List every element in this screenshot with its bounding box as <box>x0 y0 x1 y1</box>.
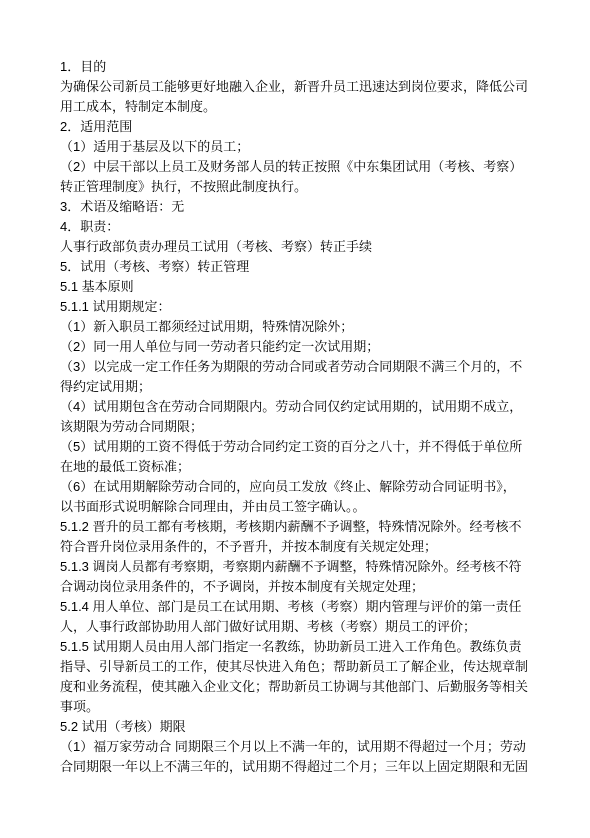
text-line: 5.1.2 晋升的员工都有考核期，考核期内薪酬不予调整，特殊情况除外。经考核不 <box>60 517 534 537</box>
text-line: 5.1.1 试用期规定： <box>60 297 534 317</box>
text-line: （4）试用期包含在劳动合同期限内。劳动合同仅约定试用期的，试用期不成立， <box>60 397 534 417</box>
text-line: 5．试用（考核、考察）转正管理 <box>60 257 534 277</box>
text-line: 为确保公司新员工能够更好地融入企业，新晋升员工迅速达到岗位要求，降低公司 <box>60 77 534 97</box>
text-line: 用工成本，特制定本制度。 <box>60 97 534 117</box>
text-line: （5）试用期的工资不得低于劳动合同约定工资的百分之八十，并不得低于单位所 <box>60 437 534 457</box>
text-line: （1）新入职员工都须经过试用期，特殊情况除外； <box>60 317 534 337</box>
text-line: 在地的最低工资标准； <box>60 457 534 477</box>
text-line: 2．适用范围 <box>60 117 534 137</box>
text-line: 合同期限一年以上不满三年的，试用期不得超过二个月；三年以上固定期限和无固 <box>60 757 534 777</box>
text-line: 得约定试用期； <box>60 377 534 397</box>
text-line: 4．职责： <box>60 217 534 237</box>
text-line: （1）福万家劳动合 同期限三个月以上不满一年的，试用期不得超过一个月；劳动 <box>60 737 534 757</box>
text-line: 人，人事行政部协助用人部门做好试用期、考核（考察）期员工的评价； <box>60 617 534 637</box>
text-line: （1）适用于基层及以下的员工； <box>60 137 534 157</box>
text-line: （2）同一用人单位与同一劳动者只能约定一次试用期； <box>60 337 534 357</box>
text-line: 合调动岗位录用条件的，不予调岗，并按本制度有关规定处理； <box>60 577 534 597</box>
text-line: （6）在试用期解除劳动合同的，应向员工发放《终止、解除劳动合同证明书》， <box>60 477 534 497</box>
text-line: 以书面形式说明解除合同理由，并由员工签字确认。。 <box>60 497 534 517</box>
document-content: 1．目的为确保公司新员工能够更好地融入企业，新晋升员工迅速达到岗位要求，降低公司… <box>60 57 534 777</box>
text-line: 5.1.3 调岗人员都有考察期，考察期内薪酬不予调整，特殊情况除外。经考核不符 <box>60 557 534 577</box>
text-line: 度和业务流程，使其融入企业文化；帮助新员工协调与其他部门、后勤服务等相关 <box>60 677 534 697</box>
text-line: 人事行政部负责办理员工试用（考核、考察）转正手续 <box>60 237 534 257</box>
text-line: 5.2 试用（考核）期限 <box>60 717 534 737</box>
text-line: 符合晋升岗位录用条件的，不予晋升，并按本制度有关规定处理； <box>60 537 534 557</box>
text-line: 指导、引导新员工的工作，使其尽快进入角色；帮助新员工了解企业，传达规章制 <box>60 657 534 677</box>
text-line: 转正管理制度》执行，不按照此制度执行。 <box>60 177 534 197</box>
text-line: （2）中层干部以上员工及财务部人员的转正按照《中东集团试用（考核、考察） <box>60 157 534 177</box>
text-line: 3．术语及缩略语：无 <box>60 197 534 217</box>
text-line: 1．目的 <box>60 57 534 77</box>
text-line: （3）以完成一定工作任务为期限的劳动合同或者劳动合同期限不满三个月的，不 <box>60 357 534 377</box>
text-line: 5.1.4 用人单位、部门是员工在试用期、考核（考察）期内管理与评价的第一责任 <box>60 597 534 617</box>
text-line: 5.1 基本原则 <box>60 277 534 297</box>
text-line: 该期限为劳动合同期限； <box>60 417 534 437</box>
text-line: 5.1.5 试用期人员由用人部门指定一名教练，协助新员工进入工作角色。教练负责 <box>60 637 534 657</box>
document-page: 1．目的为确保公司新员工能够更好地融入企业，新晋升员工迅速达到岗位要求，降低公司… <box>0 0 590 838</box>
text-line: 事项。 <box>60 697 534 717</box>
